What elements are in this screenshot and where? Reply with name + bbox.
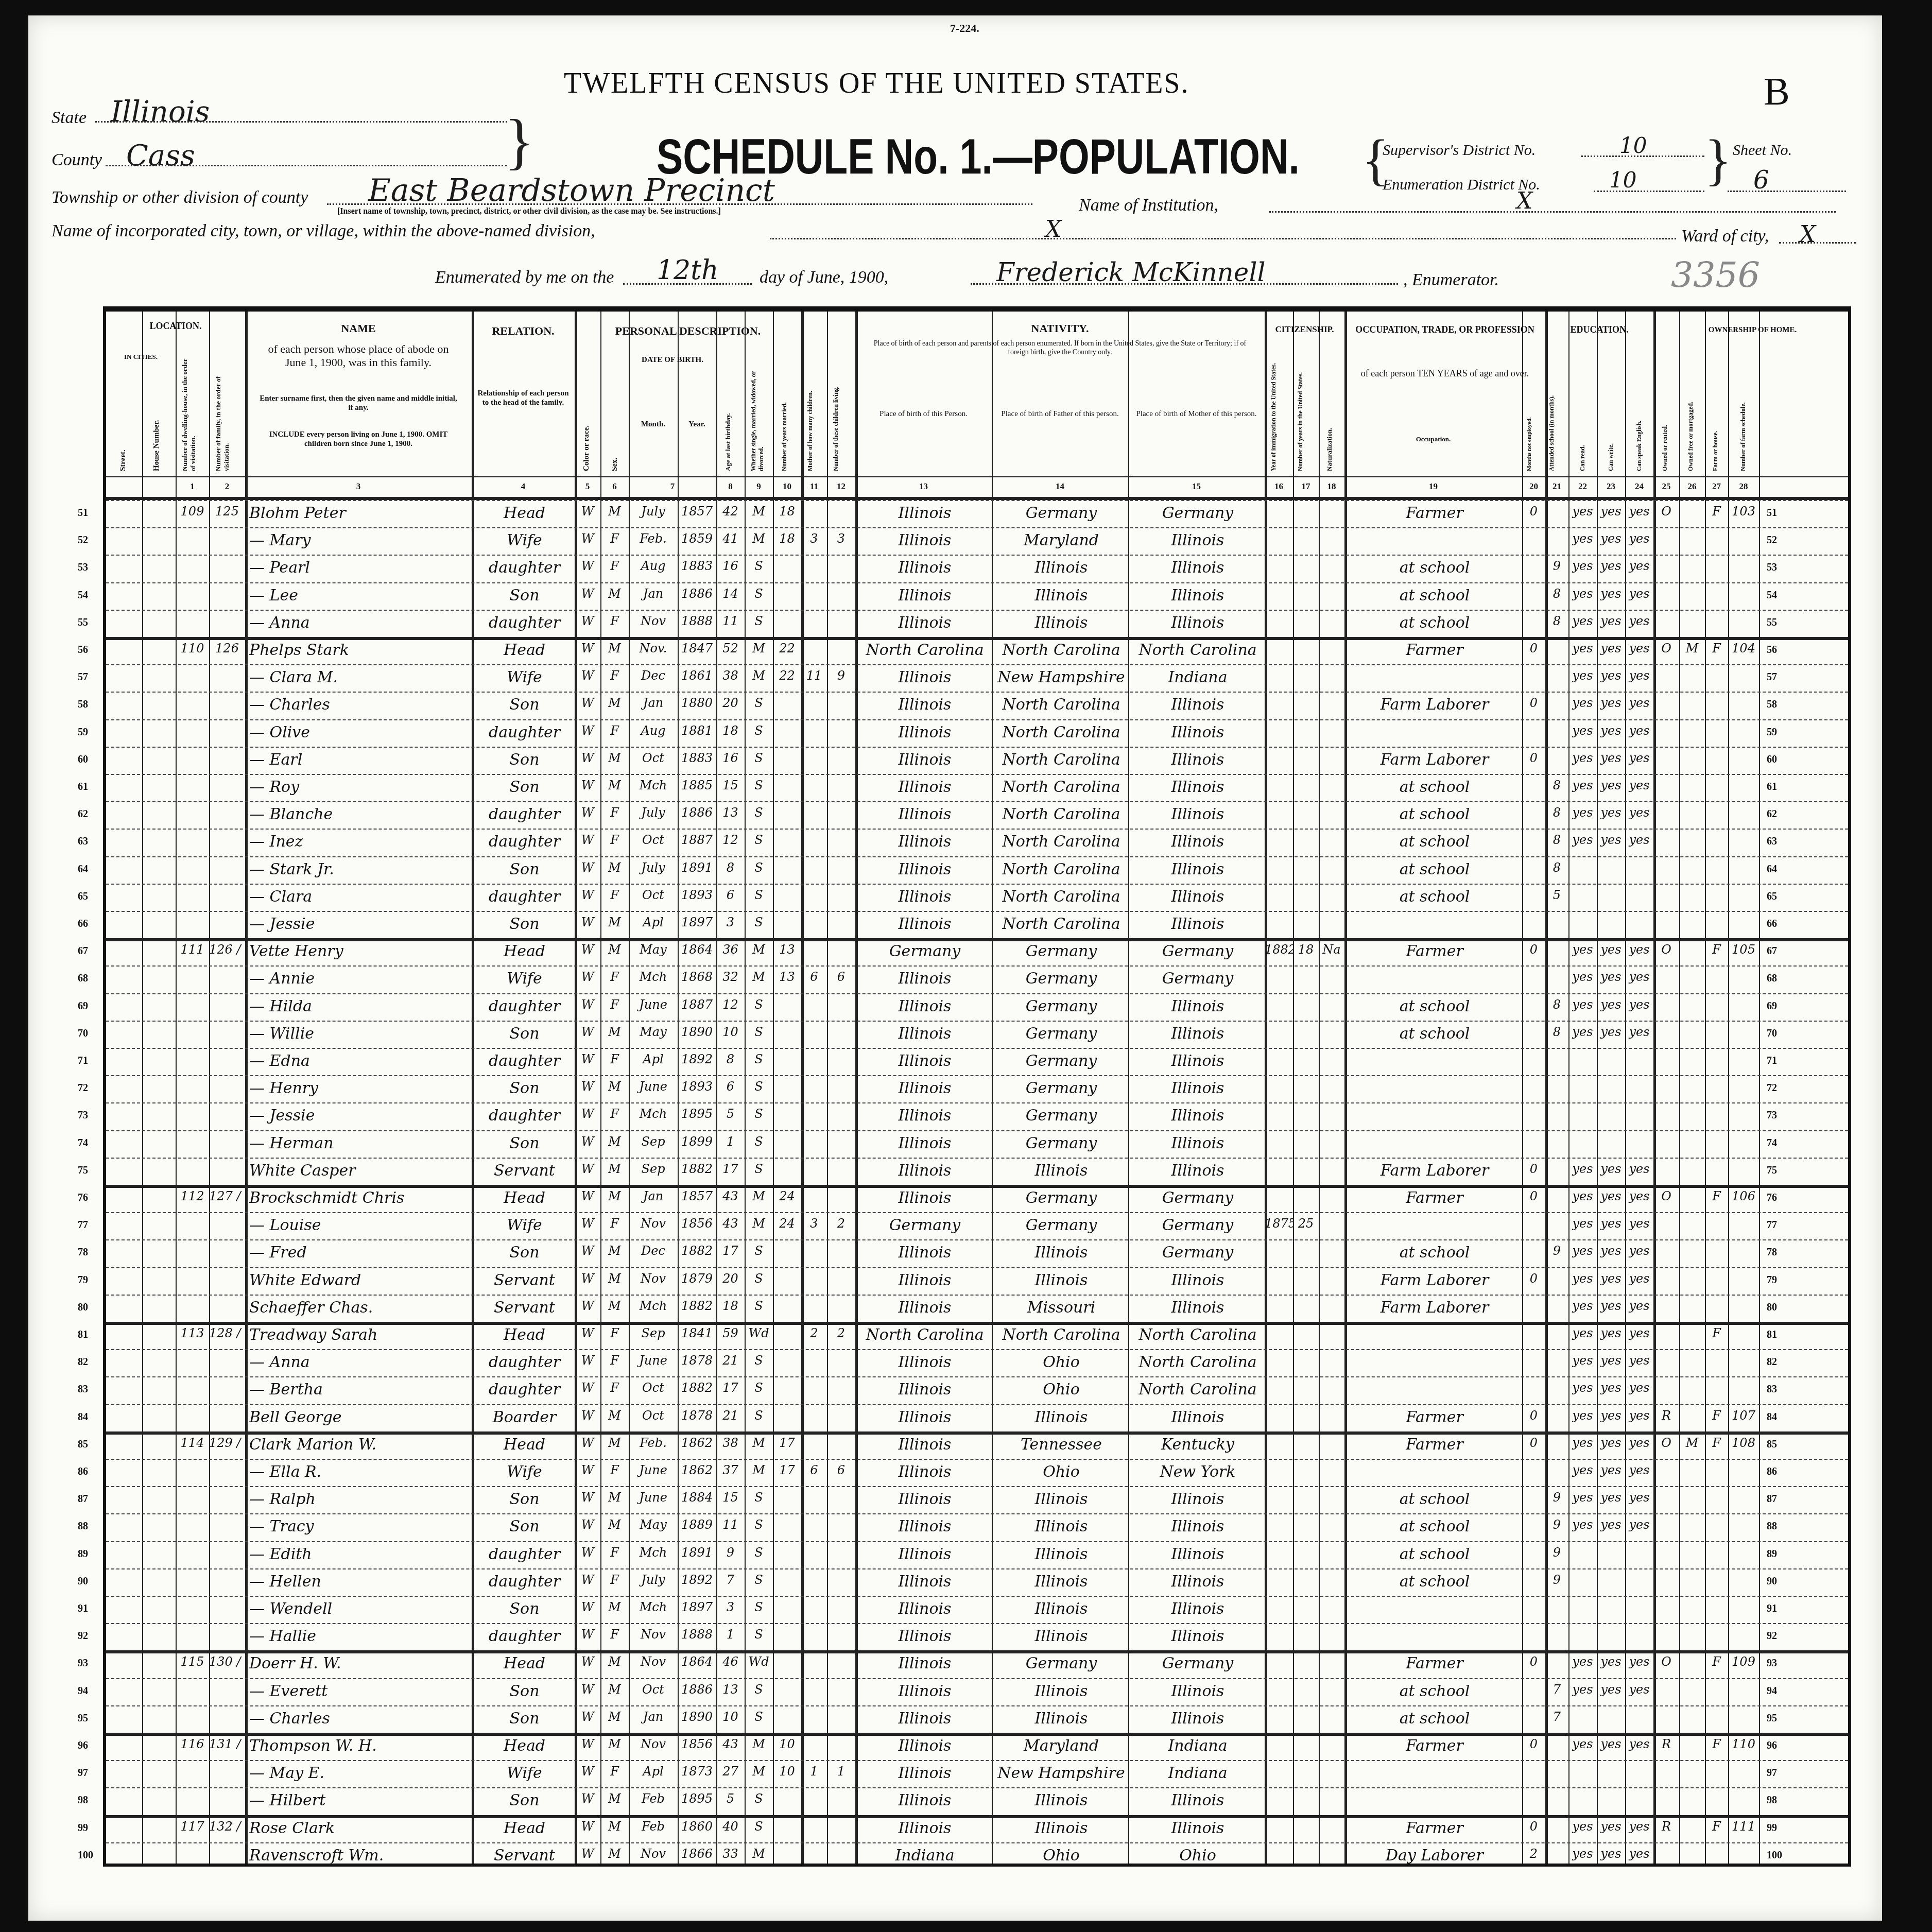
cell-mother-of: [801, 723, 827, 746]
cell-dwelling: [176, 723, 209, 746]
cell-year: 1862: [678, 1436, 716, 1458]
row-divider: [106, 1568, 1848, 1569]
cell-marital: S: [745, 1490, 773, 1513]
cell-unemployed: [1522, 1216, 1545, 1239]
cell-nat: [1319, 1737, 1344, 1760]
cell-free: [1679, 1682, 1705, 1705]
cell-read: [1568, 1107, 1597, 1129]
cell-year: 1883: [678, 559, 716, 581]
cell-imm: [1265, 1326, 1293, 1349]
cell-own: [1653, 915, 1679, 938]
cell-farm: [1705, 1600, 1728, 1623]
cell-imm: [1265, 1627, 1293, 1650]
header-attended-school: Attended school (in months).: [1548, 355, 1567, 471]
cell-unemployed: [1522, 614, 1545, 636]
table-row: 5454— LeeSonWMJan188614SIllinoisIllinois…: [106, 582, 1848, 611]
cell-month: Jan: [629, 1189, 678, 1212]
cell-age: 15: [716, 1490, 745, 1513]
cell-age: 16: [716, 559, 745, 581]
cell-own: [1653, 1764, 1679, 1787]
cell-month: Jan: [629, 586, 678, 609]
line-number-left: 72: [78, 1082, 88, 1094]
cell-marital: S: [745, 1600, 773, 1623]
cell-free: [1679, 559, 1705, 581]
cell-nat: [1319, 970, 1344, 992]
cell-unemployed: [1522, 1573, 1545, 1595]
cell-sex: M: [600, 696, 629, 718]
cell-month: Apl: [629, 1052, 678, 1075]
cell-schedule: [1728, 1573, 1759, 1595]
cell-unemployed: [1522, 1244, 1545, 1266]
cell-sex: M: [600, 504, 629, 527]
cell-birth: North Carolina: [858, 641, 992, 664]
cell-age: 6: [716, 1079, 745, 1102]
cell-mother: Illinois: [1131, 751, 1265, 773]
cell-name: Brockschmidt Chris: [249, 1189, 471, 1212]
cell-mother-of: 2: [801, 1326, 827, 1349]
cell-dwelling: [176, 805, 209, 828]
header-relation: RELATION.: [472, 324, 575, 338]
cell-yrs-married: [773, 696, 801, 718]
state-label: State: [51, 108, 87, 128]
county-label: County: [51, 150, 102, 170]
cell-imm: [1265, 1107, 1293, 1129]
cell-year: 1895: [678, 1107, 716, 1129]
cell-school: [1545, 1326, 1568, 1349]
cell-marital: M: [745, 1216, 773, 1239]
cell-father: Germany: [994, 1107, 1128, 1129]
cell-marital: M: [745, 942, 773, 965]
cell-occupation: at school: [1347, 586, 1522, 609]
cell-yrs-us: [1293, 1025, 1319, 1047]
cell-marital: S: [745, 888, 773, 910]
table-row: 6565— ClaradaughterWFOct18936SIllinoisNo…: [106, 884, 1848, 912]
cell-imm: [1265, 1079, 1293, 1102]
cell-mother-of: [801, 1271, 827, 1294]
cell-read: [1568, 1791, 1597, 1814]
cell-month: Nov: [629, 1216, 678, 1239]
cell-mother: North Carolina: [1131, 1353, 1265, 1376]
cell-yrs-us: [1293, 1710, 1319, 1732]
cell-occupation: [1347, 1079, 1522, 1102]
cell-farm: [1705, 559, 1728, 581]
cell-relation: Head: [474, 1436, 575, 1458]
cell-own: [1653, 668, 1679, 691]
cell-mother-of: [801, 1682, 827, 1705]
cell-living: [827, 942, 855, 965]
cell-mother-of: [801, 1025, 827, 1047]
cell-color: W: [575, 1847, 600, 1869]
cell-living: [827, 1819, 855, 1842]
cell-own: [1653, 1710, 1679, 1732]
cell-family: [209, 1517, 245, 1540]
cell-living: [827, 833, 855, 855]
cell-mother-of: [801, 833, 827, 855]
cell-month: Oct: [629, 1381, 678, 1403]
cell-farm: F: [1705, 1326, 1728, 1349]
cell-age: 36: [716, 942, 745, 965]
cell-yrs-married: [773, 1271, 801, 1294]
cell-year: 1883: [678, 751, 716, 773]
line-number-right: 62: [1767, 808, 1777, 820]
cell-name: Bell George: [249, 1408, 471, 1431]
cell-sex: F: [600, 970, 629, 992]
cell-relation: Head: [474, 1737, 575, 1760]
cell-unemployed: [1522, 1107, 1545, 1129]
cell-dwelling: [176, 997, 209, 1020]
cell-mother-of: [801, 1627, 827, 1650]
cell-unemployed: [1522, 1079, 1545, 1102]
cell-yrs-married: [773, 614, 801, 636]
cell-birth: Illinois: [858, 1244, 992, 1266]
cell-color: W: [575, 1517, 600, 1540]
row-divider: [106, 1021, 1848, 1022]
cell-yrs-married: [773, 1052, 801, 1075]
cell-speak: yes: [1625, 778, 1653, 801]
cell-imm: [1265, 1025, 1293, 1047]
cell-family: [209, 1052, 245, 1075]
cell-mother-of: [801, 915, 827, 938]
line-number-right: 69: [1767, 1001, 1777, 1012]
row-divider: [106, 747, 1848, 748]
cell-sex: F: [600, 1573, 629, 1595]
row-divider: [106, 1842, 1848, 1843]
line-number-right: 79: [1767, 1274, 1777, 1286]
colnum: 20: [1522, 481, 1545, 492]
cell-nat: [1319, 1162, 1344, 1184]
line-number-right: 72: [1767, 1082, 1777, 1094]
cell-year: 1879: [678, 1271, 716, 1294]
cell-living: [827, 915, 855, 938]
cell-sex: F: [600, 614, 629, 636]
cell-father: Illinois: [994, 614, 1128, 636]
cell-own: [1653, 1216, 1679, 1239]
supervisor-value: 10: [1619, 133, 1647, 158]
cell-yrs-us: [1293, 641, 1319, 664]
cell-month: Oct: [629, 751, 678, 773]
cell-school: [1545, 1162, 1568, 1184]
colnum: 26: [1679, 481, 1705, 492]
cell-dwelling: [176, 751, 209, 773]
line-number-left: 59: [78, 727, 88, 738]
cell-free: [1679, 1353, 1705, 1376]
header-free-mortgaged: Owned free or mortgaged.: [1687, 363, 1695, 471]
cell-write: [1597, 1791, 1625, 1814]
cell-mother: Ohio: [1131, 1847, 1265, 1869]
cell-nat: [1319, 860, 1344, 883]
cell-speak: yes: [1625, 1737, 1653, 1760]
cell-relation: Wife: [474, 1216, 575, 1239]
cell-birth: Illinois: [858, 723, 992, 746]
cell-father: Germany: [994, 1025, 1128, 1047]
cell-name: Clark Marion W.: [249, 1436, 471, 1458]
cell-color: W: [575, 1408, 600, 1431]
cell-father: Germany: [994, 1079, 1128, 1102]
cell-read: yes: [1568, 1162, 1597, 1184]
colnum: 27: [1705, 481, 1728, 492]
cell-living: [827, 504, 855, 527]
cell-unemployed: [1522, 1052, 1545, 1075]
cell-nat: [1319, 915, 1344, 938]
cell-free: [1679, 1134, 1705, 1157]
cell-marital: S: [745, 1271, 773, 1294]
cell-dwelling: [176, 1573, 209, 1595]
cell-nat: [1319, 1573, 1344, 1595]
cell-imm: [1265, 888, 1293, 910]
cell-relation: daughter: [474, 1545, 575, 1568]
cell-age: 14: [716, 586, 745, 609]
table-row: 9696116131 / 118Thompson W. H.HeadWMNov1…: [106, 1733, 1848, 1762]
cell-farm: [1705, 833, 1728, 855]
line-number-right: 83: [1767, 1384, 1777, 1395]
cell-yrs-us: [1293, 1381, 1319, 1403]
line-number-left: 65: [78, 891, 88, 903]
cell-mother-of: [801, 1545, 827, 1568]
cell-family: [209, 1847, 245, 1869]
cell-read: yes: [1568, 1025, 1597, 1047]
cell-year: 1878: [678, 1408, 716, 1431]
cell-month: Mch: [629, 1545, 678, 1568]
cell-write: yes: [1597, 1819, 1625, 1842]
cell-speak: yes: [1625, 1819, 1653, 1842]
cell-age: 3: [716, 1600, 745, 1623]
cell-living: 9: [827, 668, 855, 691]
cell-month: Apl: [629, 1764, 678, 1787]
cell-mother-of: 3: [801, 531, 827, 554]
cell-occupation: at school: [1347, 1490, 1522, 1513]
cell-imm: 1882: [1265, 942, 1293, 965]
cell-name: — Mary: [249, 531, 471, 554]
cell-living: [827, 778, 855, 801]
cell-sex: M: [600, 1162, 629, 1184]
cell-month: Aug: [629, 723, 678, 746]
row-divider: [106, 1459, 1848, 1460]
cell-name: Vette Henry: [249, 942, 471, 965]
cell-yrs-married: [773, 586, 801, 609]
cell-speak: yes: [1625, 504, 1653, 527]
header-in-cities: IN CITIES.: [106, 353, 176, 361]
cell-yrs-us: [1293, 1573, 1319, 1595]
cell-color: W: [575, 1545, 600, 1568]
cell-unemployed: 0: [1522, 504, 1545, 527]
cell-read: yes: [1568, 1737, 1597, 1760]
cell-unemployed: [1522, 1545, 1545, 1568]
cell-speak: yes: [1625, 1353, 1653, 1376]
cell-schedule: [1728, 1791, 1759, 1814]
header-months-unemployed: Months not employed.: [1526, 415, 1544, 471]
cell-farm: F: [1705, 942, 1728, 965]
cell-month: Nov: [629, 1847, 678, 1869]
cell-relation: Head: [474, 1819, 575, 1842]
cell-occupation: Farmer: [1347, 942, 1522, 965]
cell-color: W: [575, 504, 600, 527]
line-number-left: 66: [78, 918, 88, 930]
cell-write: yes: [1597, 751, 1625, 773]
line-number-right: 55: [1767, 617, 1777, 629]
cell-schedule: [1728, 1847, 1759, 1869]
cell-own: [1653, 1381, 1679, 1403]
cell-marital: S: [745, 1107, 773, 1129]
cell-marital: S: [745, 723, 773, 746]
cell-dwelling: [176, 531, 209, 554]
cell-nat: [1319, 997, 1344, 1020]
cell-write: yes: [1597, 1189, 1625, 1212]
cell-imm: [1265, 1436, 1293, 1458]
cell-mother-of: [801, 1299, 827, 1321]
header-year: Year.: [678, 420, 716, 429]
cell-schedule: 103: [1728, 504, 1759, 527]
cell-farm: [1705, 1682, 1728, 1705]
row-divider: [106, 1705, 1848, 1706]
enumerated-day: 12th: [657, 255, 719, 286]
cell-read: yes: [1568, 559, 1597, 581]
cell-family: [209, 1025, 245, 1047]
cell-unemployed: 0: [1522, 1271, 1545, 1294]
cell-sex: F: [600, 1545, 629, 1568]
cell-mother: Illinois: [1131, 1299, 1265, 1321]
cell-free: [1679, 1819, 1705, 1842]
cell-mother: Germany: [1131, 970, 1265, 992]
cell-mother-of: [801, 805, 827, 828]
cell-marital: S: [745, 1682, 773, 1705]
cell-marital: S: [745, 586, 773, 609]
cell-father: North Carolina: [994, 860, 1128, 883]
cell-family: 127 / 114: [209, 1189, 245, 1212]
cell-month: Nov: [629, 614, 678, 636]
cell-birth: Illinois: [858, 1682, 992, 1705]
cell-dwelling: [176, 1847, 209, 1869]
cell-imm: [1265, 1682, 1293, 1705]
cell-read: yes: [1568, 641, 1597, 664]
cell-occupation: [1347, 1381, 1522, 1403]
cell-write: yes: [1597, 1436, 1625, 1458]
cell-speak: yes: [1625, 1847, 1653, 1869]
cell-dwelling: [176, 1463, 209, 1486]
enumeration-label: Enumeration District No.: [1383, 176, 1540, 194]
cell-father: North Carolina: [994, 696, 1128, 718]
cell-occupation: at school: [1347, 805, 1522, 828]
cell-sex: F: [600, 1107, 629, 1129]
cell-nat: [1319, 696, 1344, 718]
cell-imm: [1265, 1162, 1293, 1184]
header-birth-person: Place of birth of this Person.: [860, 409, 987, 419]
cell-year: 1878: [678, 1353, 716, 1376]
cell-own: [1653, 723, 1679, 746]
cell-yrs-us: [1293, 1545, 1319, 1568]
cell-color: W: [575, 1052, 600, 1075]
line-number-right: 64: [1767, 864, 1777, 875]
cell-color: W: [575, 723, 600, 746]
cell-own: O: [1653, 504, 1679, 527]
cell-family: [209, 1216, 245, 1239]
cell-read: yes: [1568, 751, 1597, 773]
enumerated-month-year: day of June, 1900,: [760, 268, 888, 287]
cell-yrs-us: [1293, 668, 1319, 691]
cell-occupation: Farmer: [1347, 1654, 1522, 1677]
cell-birth: Illinois: [858, 997, 992, 1020]
table-row: 6060— EarlSonWMOct188316SIllinoisNorth C…: [106, 747, 1848, 775]
cell-sex: F: [600, 1216, 629, 1239]
cell-school: [1545, 1189, 1568, 1212]
cell-dwelling: [176, 1162, 209, 1184]
cell-yrs-married: [773, 1545, 801, 1568]
cell-sex: M: [600, 1436, 629, 1458]
cell-yrs-married: 13: [773, 942, 801, 965]
cell-birth: Illinois: [858, 833, 992, 855]
cell-birth: Illinois: [858, 1436, 992, 1458]
cell-month: July: [629, 805, 678, 828]
cell-color: W: [575, 1791, 600, 1814]
cell-year: 1866: [678, 1847, 716, 1869]
table-row: 5858— CharlesSonWMJan188020SIllinoisNort…: [106, 692, 1848, 720]
cell-yrs-married: [773, 723, 801, 746]
cell-month: Sep: [629, 1326, 678, 1349]
line-number-left: 73: [78, 1110, 88, 1122]
cell-school: [1545, 1216, 1568, 1239]
cell-write: yes: [1597, 696, 1625, 718]
line-number-left: 74: [78, 1137, 88, 1149]
table-row: 8080Schaeffer Chas.ServantWMMch188218SIl…: [106, 1295, 1848, 1323]
table-row: 9494— EverettSonWMOct188613SIllinoisIlli…: [106, 1678, 1848, 1707]
cell-age: 1: [716, 1134, 745, 1157]
colnum: 28: [1728, 481, 1759, 492]
line-number-right: 63: [1767, 836, 1777, 848]
cell-yrs-us: [1293, 1436, 1319, 1458]
cell-nat: [1319, 1216, 1344, 1239]
header-can-read: Can read.: [1579, 420, 1586, 471]
cell-color: W: [575, 1271, 600, 1294]
cell-name: — Louise: [249, 1216, 471, 1239]
line-number-right: 53: [1767, 562, 1777, 574]
cell-imm: [1265, 751, 1293, 773]
row-divider: [106, 1048, 1848, 1049]
header-occupation-desc: of each person TEN YEARS of age and over…: [1352, 368, 1538, 380]
cell-living: [827, 1107, 855, 1129]
cell-yrs-married: [773, 1490, 801, 1513]
cell-relation: Son: [474, 696, 575, 718]
cell-marital: S: [745, 1244, 773, 1266]
cell-marital: S: [745, 1381, 773, 1403]
cell-yrs-married: 13: [773, 970, 801, 992]
cell-own: [1653, 1463, 1679, 1486]
cell-farm: [1705, 614, 1728, 636]
cell-living: [827, 1353, 855, 1376]
cell-marital: S: [745, 1545, 773, 1568]
table-row: 6868— AnnieWifeWFMch186832M1366IllinoisG…: [106, 965, 1848, 994]
cell-speak: yes: [1625, 1654, 1653, 1677]
cell-occupation: at school: [1347, 1244, 1522, 1266]
line-number-left: 96: [78, 1740, 88, 1752]
line-number-right: 61: [1767, 781, 1777, 793]
cell-birth: Illinois: [858, 1819, 992, 1842]
cell-free: [1679, 1710, 1705, 1732]
cell-living: [827, 1162, 855, 1184]
cell-read: yes: [1568, 1490, 1597, 1513]
cell-mother-of: [801, 1490, 827, 1513]
enumeration-value: 10: [1609, 167, 1636, 193]
cell-read: yes: [1568, 1189, 1597, 1212]
cell-year: 1882: [678, 1299, 716, 1321]
cell-occupation: Farm Laborer: [1347, 751, 1522, 773]
cell-occupation: Farm Laborer: [1347, 1299, 1522, 1321]
cell-mother: Illinois: [1131, 1600, 1265, 1623]
cell-yrs-married: [773, 778, 801, 801]
row-divider: [106, 856, 1848, 857]
cell-marital: M: [745, 1436, 773, 1458]
row-divider: [106, 1376, 1848, 1377]
cell-marital: S: [745, 860, 773, 883]
cell-family: [209, 915, 245, 938]
